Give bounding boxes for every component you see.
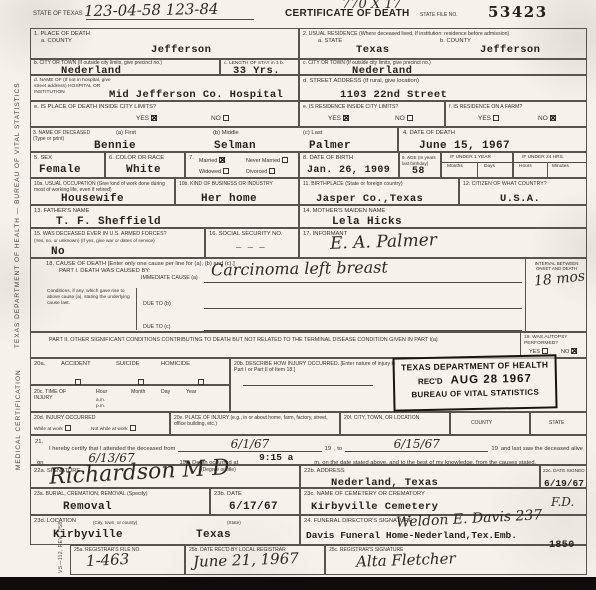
box-residence-city: c. CITY OR TOWN (If outside city limits,…: [299, 59, 587, 75]
certify-time-value: 9:15 a: [259, 452, 293, 463]
registrar-signature-value: Alta Fletcher: [356, 549, 456, 570]
residence-city-limits-label: e. IS RESIDENCE INSIDE CITY LIMITS?: [303, 104, 398, 110]
date-of-death-value: June 15, 1967: [419, 140, 510, 152]
conditions-note: Conditions, if any, which gave rise to a…: [47, 289, 135, 306]
box-date-signed: 22c. DATE SIGNED 6/19/67: [540, 465, 587, 488]
state-of-texas-label: STATE OF TEXAS: [33, 11, 83, 18]
never-married-label: Never Married: [246, 158, 280, 164]
describe-injury-label: 20b. DESCRIBE HOW INJURY OCCURRED. [Ente…: [234, 361, 399, 373]
while-at-work-label: While at work: [34, 427, 63, 432]
informant-signature: E. A. Palmer: [330, 230, 437, 254]
header-underline: [86, 19, 254, 20]
residence-state-value: Texas: [356, 44, 390, 56]
industry-label: 10b. KIND OF BUSINESS OR INDUSTRY: [179, 181, 297, 187]
box-industry: 10b. KIND OF BUSINESS OR INDUSTRY Her ho…: [175, 178, 299, 205]
box-registrar-file: 25a. REGISTRAR'S FILE NO. 1-463: [70, 545, 185, 575]
under-24-divider: [514, 162, 586, 163]
name-label: 3. NAME OF DECEASED (Type or print): [33, 130, 95, 142]
citizen-value: U.S.A.: [500, 193, 540, 205]
box-color-or-race: 6. COLOR OR RACE White: [105, 152, 185, 178]
ssn-label: 16. SOCIAL SECURITY NO.: [209, 231, 282, 238]
box-injury-state: STATE: [530, 412, 587, 435]
box-marital-status: 7. Married Never Married Widowed Divorce…: [185, 152, 299, 178]
while-at-work: While at work: [34, 425, 71, 433]
place-limits-no: NO: [211, 115, 229, 123]
residence-limits-yes: YES: [328, 115, 349, 123]
date-signed-label: 22c. DATE SIGNED: [543, 468, 585, 474]
no-label: NO: [538, 115, 548, 122]
checkbox-married-checked: [219, 157, 225, 163]
checkbox-yes-empty: [493, 115, 499, 121]
certify-to-line: 6/15/67: [345, 439, 488, 452]
due-to-b-label: DUE TO (b): [143, 301, 171, 307]
divorced-label: Divorced: [246, 169, 267, 175]
middle-name-value: Selman: [214, 140, 256, 152]
box-date-of-death: 4. DATE OF DEATH June 15, 1967: [398, 127, 587, 152]
box-informant: 17. INFORMANT E. A. Palmer: [299, 228, 587, 258]
no-label: NO: [561, 349, 569, 355]
margin-medical-certification-vertical-text: MEDICAL CERTIFICATION: [15, 369, 22, 470]
burial-date-value: 6/17/67: [229, 501, 278, 513]
box-registrar-date: 25b. DATE REC'D BY LOCAL REGISTRAR June …: [185, 545, 325, 575]
registrar-date-value: June 21, 1967: [193, 549, 299, 571]
box-place-of-injury: 20e. PLACE OF INJURY (e.g., in or about …: [170, 412, 340, 435]
box-if-under-24-hrs: IF UNDER 24 HRS. Hours Minutes: [513, 152, 587, 178]
checkbox-no-checked: [550, 115, 556, 121]
immediate-cause-value: Carcinoma left breast: [211, 257, 388, 279]
injury-20a-label: 20a.: [34, 361, 45, 368]
box-date-of-birth: 8. DATE OF BIRTH Jan. 26, 1909: [299, 152, 399, 178]
margin-agency-vertical-text: TEXAS DEPARTMENT OF HEALTH — BUREAU OF V…: [14, 82, 21, 348]
injury-city-label: 20f. CITY, TOWN, OR LOCATION: [344, 415, 444, 421]
cemetery-fd-note: F.D.: [551, 495, 574, 509]
box-cemetery: 23c. NAME OF CEMETERY OR CREMATORY Kirby…: [300, 488, 587, 515]
location-state-value: Texas: [196, 529, 231, 541]
sex-value: Female: [39, 164, 81, 176]
stamp-line2: REC'DAUG 28 1967: [395, 372, 555, 387]
location-label: 23d. LOCATION: [34, 518, 76, 525]
residence-county-value: Jefferson: [480, 44, 540, 56]
place-county-label: a. COUNTY: [41, 38, 72, 45]
box-mother-name: 14. MOTHER'S MAIDEN NAME Lela Hicks: [299, 205, 587, 228]
certify-to-word: , to: [334, 446, 342, 452]
farm-yes: YES: [478, 115, 499, 123]
yes-label: YES: [328, 115, 341, 122]
first-name-value: Bennie: [94, 140, 136, 152]
place-of-injury-label: 20e. PLACE OF INJURY (e.g., in or about …: [174, 415, 334, 427]
immediate-cause-label: IMMEDIATE CAUSE (a): [141, 275, 198, 281]
armed-forces-sublabel: (Yes, no, or unknown) (If yes, give war …: [34, 238, 155, 244]
suicide-label: SUICIDE: [116, 361, 140, 368]
middle-name-label: (b) Middle: [213, 130, 239, 137]
certify-from-line: 6/1/67: [178, 439, 321, 452]
months-label: Months: [447, 164, 463, 170]
box-injury-county: COUNTY: [450, 412, 530, 435]
immediate-cause-line: [204, 282, 522, 283]
box-physician-signature: 22a. SIGNATURE (Degree or title) Richard…: [30, 465, 300, 488]
box-street-address: d. STREET ADDRESS (If rural, give locati…: [299, 75, 587, 101]
hour-label: Hour: [96, 389, 107, 395]
place-county-value: Jefferson: [151, 44, 211, 56]
box-age: 9. AGE (In years last birthday) 58: [399, 152, 441, 178]
hospital-label: d. NAME OF (If not in hospital, give str…: [34, 78, 114, 96]
time-of-injury-label: 20c. TIME OF INJURY: [34, 389, 84, 401]
certify-19-a: 19: [325, 446, 331, 452]
box-birthplace: 11. BIRTHPLACE (State or foreign country…: [299, 178, 459, 205]
state-file-number: 53423: [488, 3, 548, 21]
injury-state-label: STATE: [549, 421, 564, 427]
checkbox-no-checked: [571, 348, 577, 354]
box-citizen: 12. CITIZEN OF WHAT COUNTRY? U.S.A.: [459, 178, 587, 205]
first-name-label: (a) First: [116, 130, 136, 137]
certify-text2: and last saw the deceased alive: [501, 446, 583, 452]
no-label: NO: [211, 115, 221, 122]
street-address-label: d. STREET ADDRESS (If rural, give locati…: [303, 78, 419, 85]
stamp-date: AUG 28 1967: [450, 373, 532, 387]
death-certificate-scan: TEXAS DEPARTMENT OF HEALTH — BUREAU OF V…: [0, 0, 596, 590]
father-name-label: 13. FATHER'S NAME: [34, 208, 89, 215]
state-file-no-label: STATE FILE NO.: [420, 13, 458, 19]
ampm-label: a.m. p.m.: [96, 397, 105, 408]
box-place-city-limits: e. IS PLACE OF DEATH INSIDE CITY LIMITS?…: [30, 101, 299, 127]
widowed-label: Widowed: [199, 169, 221, 175]
funeral-home-value: Davis Funeral Home-Nederland,Tex.Emb.: [306, 530, 517, 541]
box-interval: INTERVAL BETWEEN ONSET AND DEATH 18 mos: [525, 258, 587, 332]
place-city-limits-label: e. IS PLACE OF DEATH INSIDE CITY LIMITS?: [34, 104, 156, 111]
box-burial-location: 23d. LOCATION (City, town, or county) (S…: [30, 515, 300, 545]
citizen-label: 12. CITIZEN OF WHAT COUNTRY?: [463, 181, 547, 187]
year-label: Year: [186, 389, 196, 395]
box-place-of-death: 1. PLACE OF DEATH a. COUNTY Jefferson: [30, 28, 299, 59]
birthplace-value: Jasper Co.,Texas: [316, 193, 423, 205]
certify-19-b: 19: [491, 446, 497, 452]
married-label: Married: [199, 158, 217, 164]
residence-farm-label: f. IS RESIDENCE ON A FARM?: [449, 104, 522, 110]
box-accident-suicide-homicide: 20a. ACCIDENT SUICIDE HOMICIDE: [30, 358, 230, 385]
box-sex: 5. SEX Female: [30, 152, 105, 178]
cemetery-value: Kirbyville Cemetery: [311, 501, 438, 513]
box-burial-type: 23a. BURIAL, CREMATION, REMOVAL (Specify…: [30, 488, 210, 515]
cemetery-label: 23c. NAME OF CEMETERY OR CREMATORY: [304, 491, 425, 498]
marital-divorced: Divorced: [246, 168, 275, 175]
burial-date-label: 23b. DATE: [214, 491, 242, 498]
address-label: 22b. ADDRESS: [304, 468, 345, 475]
under-1-vdivider: [477, 162, 478, 178]
box-registrar-signature: 25c. REGISTRAR'S SIGNATURE Alta Fletcher: [325, 545, 587, 575]
residence-title: 2. USUAL RESIDENCE (Where deceased lived…: [303, 31, 509, 37]
place-limits-yes: YES: [136, 115, 157, 123]
box-residence-farm: f. IS RESIDENCE ON A FARM? YES NO: [445, 101, 587, 127]
location-state-sublabel: (State): [227, 520, 241, 525]
box-time-of-injury: 20c. TIME OF INJURY Hour a.m. p.m. Month…: [30, 385, 230, 412]
injury-occurred-label: 20d. INJURY OCCURRED: [34, 415, 96, 421]
industry-value: Her home: [201, 193, 257, 205]
checkbox-at-work-empty: [65, 425, 71, 431]
checkbox-yes-checked: [343, 115, 349, 121]
birthplace-label: 11. BIRTHPLACE (State or foreign country…: [303, 181, 403, 187]
date-of-death-label: 4. DATE OF DEATH: [403, 130, 455, 137]
race-label: 6. COLOR OR RACE: [109, 155, 164, 162]
received-stamp: TEXAS DEPARTMENT OF HEALTH REC'DAUG 28 1…: [392, 354, 557, 411]
handwritten-top-annotation: 770 X 17: [342, 0, 401, 12]
describe-injury-line: [243, 385, 373, 386]
certify-number: 21.: [35, 439, 43, 446]
father-name-value: T. F. Sheffield: [56, 216, 161, 228]
age-value: 58: [412, 166, 425, 177]
conditions-brace: [136, 288, 137, 330]
box-father-name: 13. FATHER'S NAME T. F. Sheffield: [30, 205, 299, 228]
box-social-security: 16. SOCIAL SECURITY NO. — — —: [205, 228, 299, 258]
farm-no: NO: [538, 115, 556, 123]
autopsy-no: NO: [561, 348, 577, 355]
box-residence-city-limits: e. IS RESIDENCE INSIDE CITY LIMITS? YES …: [299, 101, 445, 127]
checkbox-no-empty: [407, 115, 413, 121]
box-place-city: b. CITY OR TOWN (If outside city limits,…: [30, 59, 220, 75]
occupation-label: 10a. USUAL OCCUPATION (Give kind of work…: [34, 181, 172, 193]
month-label: Month: [131, 389, 145, 395]
checkbox-widowed-empty: [223, 168, 229, 174]
checkbox-divorced-empty: [269, 168, 275, 174]
not-at-work-label: Not while at work: [91, 427, 128, 432]
hours-label: Hours: [519, 164, 532, 170]
place-of-death-title: 1. PLACE OF DEATH: [34, 31, 90, 38]
date-of-birth-label: 8. DATE OF BIRTH: [303, 155, 353, 162]
day-label: Day: [161, 389, 170, 395]
date-of-birth-value: Jan. 26, 1909: [307, 165, 390, 176]
occupation-value: Housewife: [61, 193, 124, 205]
under-24-vdivider: [547, 162, 548, 178]
part2-label: PART II. OTHER SIGNIFICANT CONDITIONS CO…: [49, 337, 438, 343]
checkbox-no-empty: [223, 115, 229, 121]
not-while-at-work: Not while at work: [91, 425, 136, 433]
residence-state-label: a. STATE: [318, 38, 342, 45]
box-funeral-director: 24. FUNERAL DIRECTOR'S SIGNATURE Weldon …: [300, 515, 587, 545]
last-name-value: Palmer: [309, 140, 351, 152]
bottom-black-bar: [0, 577, 596, 590]
box-physician-address: 22b. ADDRESS Nederland, Texas: [300, 465, 540, 488]
box-burial-date: 23b. DATE 6/17/67: [210, 488, 300, 515]
marital-widowed: Widowed: [199, 168, 229, 175]
marital-label: 7.: [189, 155, 194, 162]
handwritten-registration-numbers: 123-04-58 123-84: [84, 0, 219, 20]
registrar-file-value: 1-463: [86, 550, 130, 570]
armed-forces-label: 15. WAS DECEASED EVER IN U.S. ARMED FORC…: [34, 231, 167, 237]
checkbox-never-married-empty: [282, 157, 288, 163]
checkbox-yes-checked: [151, 115, 157, 121]
burial-type-value: Removal: [63, 501, 112, 513]
ssn-value: — — —: [236, 243, 265, 253]
box-armed-forces: 15. WAS DECEASED EVER IN U.S. ARMED FORC…: [30, 228, 205, 258]
location-city-sublabel: (City, town, or county): [93, 520, 137, 525]
box-name-of-deceased: 3. NAME OF DECEASED (Type or print) (a) …: [30, 127, 398, 152]
residence-limits-no: NO: [395, 115, 413, 123]
box-cause-of-death: 18. CAUSE OF DEATH [Enter only one cause…: [30, 258, 587, 332]
box-hospital: d. NAME OF (If not in hospital, give str…: [30, 75, 299, 101]
sex-label: 5. SEX: [34, 155, 52, 162]
minutes-label: Minutes: [552, 164, 569, 170]
mother-name-label: 14. MOTHER'S MAIDEN NAME: [303, 208, 385, 215]
mother-name-value: Lela Hicks: [332, 216, 402, 228]
race-value: White: [126, 164, 161, 176]
accident-label: ACCIDENT: [61, 361, 91, 368]
due-to-c-label: DUE TO (c): [143, 324, 170, 330]
box-injury-occurred: 20d. INJURY OCCURRED While at work Not w…: [30, 412, 170, 435]
residence-county-label: b. COUNTY: [440, 38, 471, 45]
burial-type-label: 23a. BURIAL, CREMATION, REMOVAL (Specify…: [34, 491, 147, 497]
armed-forces-value: No: [51, 246, 65, 258]
due-to-b-line: [204, 308, 522, 309]
box-part2: PART II. OTHER SIGNIFICANT CONDITIONS CO…: [30, 332, 587, 358]
funeral-home-number: 1850: [549, 540, 575, 551]
certify-to-date: 6/15/67: [394, 437, 440, 451]
checkbox-yes-empty: [542, 348, 548, 354]
hospital-value: Mid Jefferson Co. Hospital: [109, 89, 283, 101]
age-label: 9. AGE (In years last birthday): [402, 155, 440, 166]
stamp-recd: REC'D: [418, 377, 443, 387]
box-usual-residence: 2. USUAL RESIDENCE (Where deceased lived…: [299, 28, 587, 59]
no-label: NO: [395, 115, 405, 122]
marital-never-married: Never Married: [246, 157, 288, 164]
box-length-of-stay: c. LENGTH OF STAY in 1 b. 33 Yrs.: [220, 59, 299, 75]
yes-label: YES: [136, 115, 149, 122]
part1-label: PART I. DEATH WAS CAUSED BY:: [59, 268, 150, 275]
box-occupation: 10a. USUAL OCCUPATION (Give kind of work…: [30, 178, 175, 205]
marital-married: Married: [199, 157, 225, 164]
location-city-value: Kirbyville: [53, 529, 123, 541]
box-injury-city: 20f. CITY, TOWN, OR LOCATION: [340, 412, 450, 435]
cause-of-death-label: 18. CAUSE OF DEATH [Enter only one cause…: [46, 261, 235, 268]
street-address-value: 1103 22nd Street: [340, 89, 447, 101]
due-to-c-line: [204, 330, 522, 331]
certify-from-date: 6/1/67: [231, 437, 270, 451]
stamp-line1: TEXAS DEPARTMENT OF HEALTH: [395, 359, 555, 372]
under-24-label: IF UNDER 24 HRS.: [522, 155, 564, 161]
injury-county-label: COUNTY: [471, 421, 492, 427]
days-label: Days: [484, 164, 495, 170]
checkbox-not-at-work-empty: [130, 425, 136, 431]
stamp-line3: BUREAU OF VITAL STATISTICS: [395, 387, 555, 399]
under-1-year-label: IF UNDER 1 YEAR: [450, 155, 491, 161]
yes-label: YES: [478, 115, 491, 122]
box-if-under-1-year: IF UNDER 1 YEAR Months Days: [441, 152, 513, 178]
homicide-label: HOMICIDE: [161, 361, 190, 368]
last-name-label: (c) Last: [303, 130, 322, 137]
